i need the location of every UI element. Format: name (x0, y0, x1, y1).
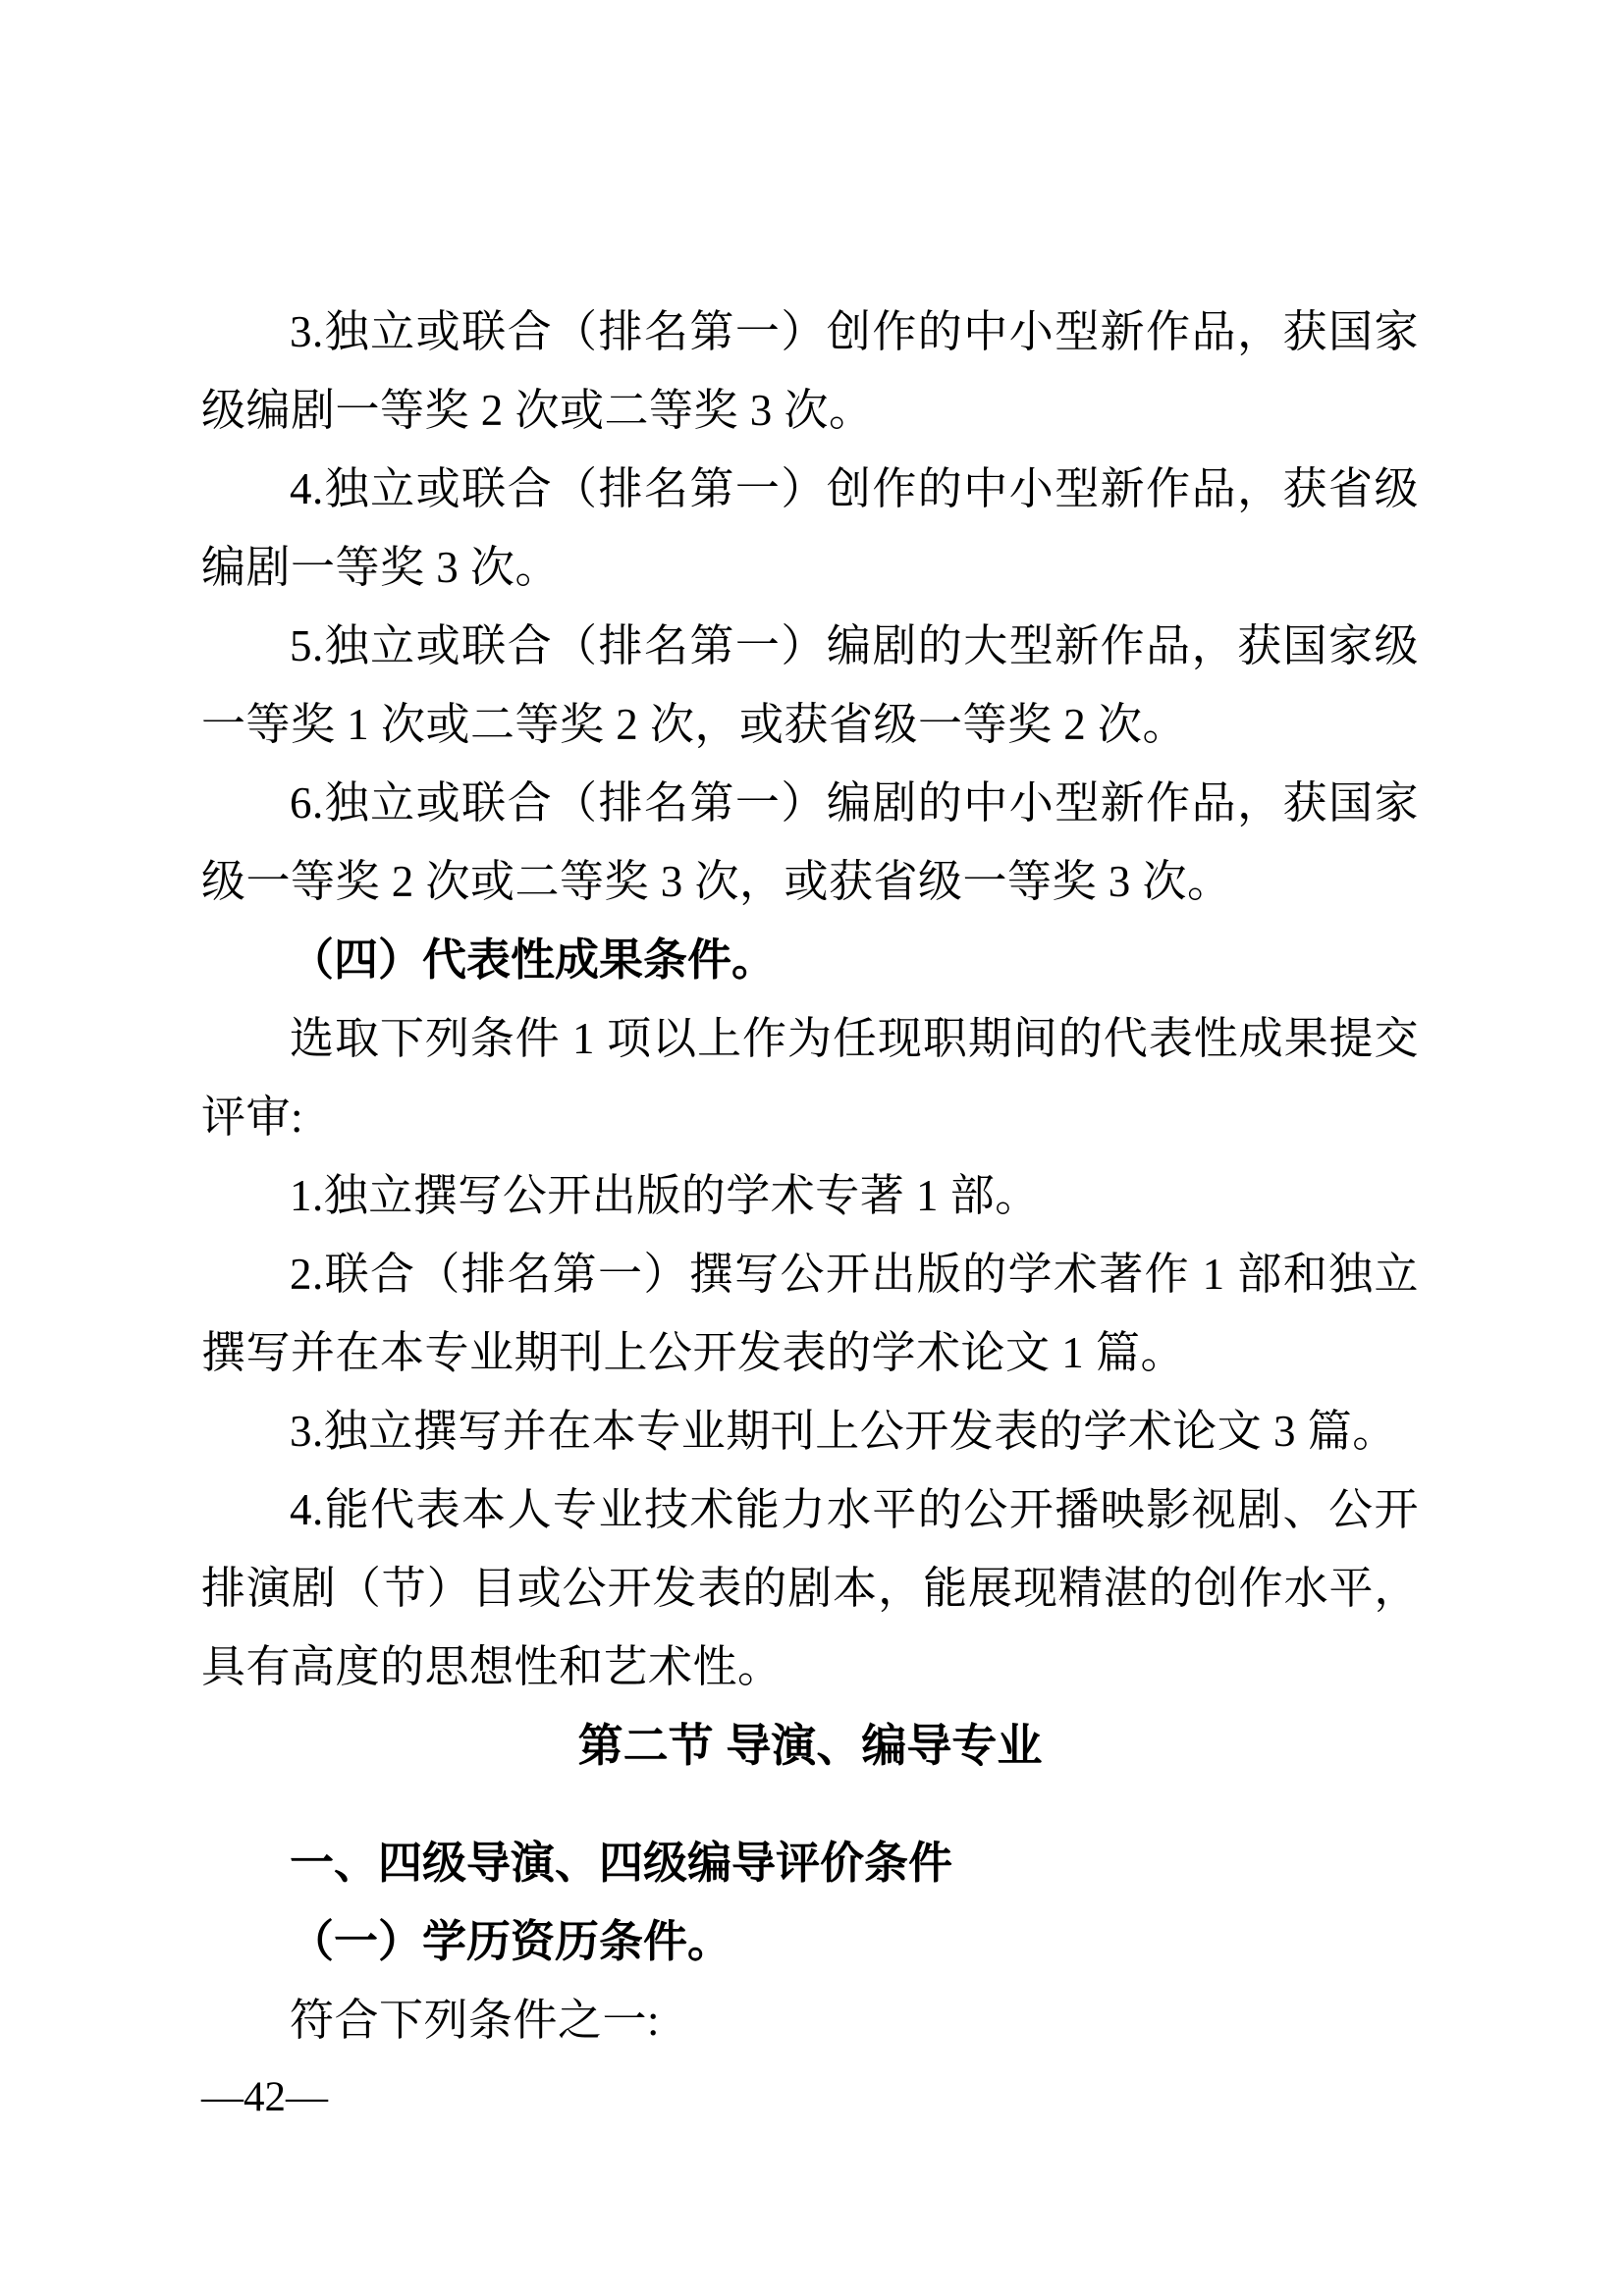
subheading-education-seniority: （一）学历资历条件。 (201, 1902, 1419, 1981)
paragraph-item-1: 1.独立撰写公开出版的学术专著 1 部。 (201, 1156, 1419, 1235)
document-body: 3.独立或联合（排名第一）创作的中小型新作品，获国家级编剧一等奖 2 次或二等奖… (201, 293, 1419, 2059)
paragraph-meet-conditions: 符合下列条件之一: (201, 1981, 1419, 2059)
paragraph-intro-achievements: 选取下列条件 1 项以上作为任现职期间的代表性成果提交评审: (201, 999, 1419, 1156)
paragraph-item-2: 2.联合（排名第一）撰写公开出版的学术著作 1 部和独立撰写并在本专业期刊上公开… (201, 1235, 1419, 1392)
paragraph-item-5: 5.独立或联合（排名第一）编剧的大型新作品，获国家级一等奖 1 次或二等奖 2 … (201, 607, 1419, 764)
paragraph-item-4: 4.独立或联合（排名第一）创作的中小型新作品，获省级编剧一等奖 3 次。 (201, 450, 1419, 607)
paragraph-item-3b: 3.独立撰写并在本专业期刊上公开发表的学术论文 3 篇。 (201, 1392, 1419, 1470)
document-page: 3.独立或联合（排名第一）创作的中小型新作品，获国家级编剧一等奖 2 次或二等奖… (0, 0, 1623, 2296)
page-number: —42— (201, 2073, 328, 2122)
paragraph-item-3: 3.独立或联合（排名第一）创作的中小型新作品，获国家级编剧一等奖 2 次或二等奖… (201, 293, 1419, 450)
section-title-directors: 第二节 导演、编导专业 (201, 1706, 1419, 1785)
subheading-representative-achievements: （四）代表性成果条件。 (201, 921, 1419, 999)
paragraph-item-4b: 4.能代表本人专业技术能力水平的公开播映影视剧、公开排演剧（节）目或公开发表的剧… (201, 1470, 1419, 1706)
subheading-level4-director-conditions: 一、四级导演、四级编导评价条件 (201, 1824, 1419, 1902)
paragraph-item-6: 6.独立或联合（排名第一）编剧的中小型新作品，获国家级一等奖 2 次或二等奖 3… (201, 764, 1419, 921)
